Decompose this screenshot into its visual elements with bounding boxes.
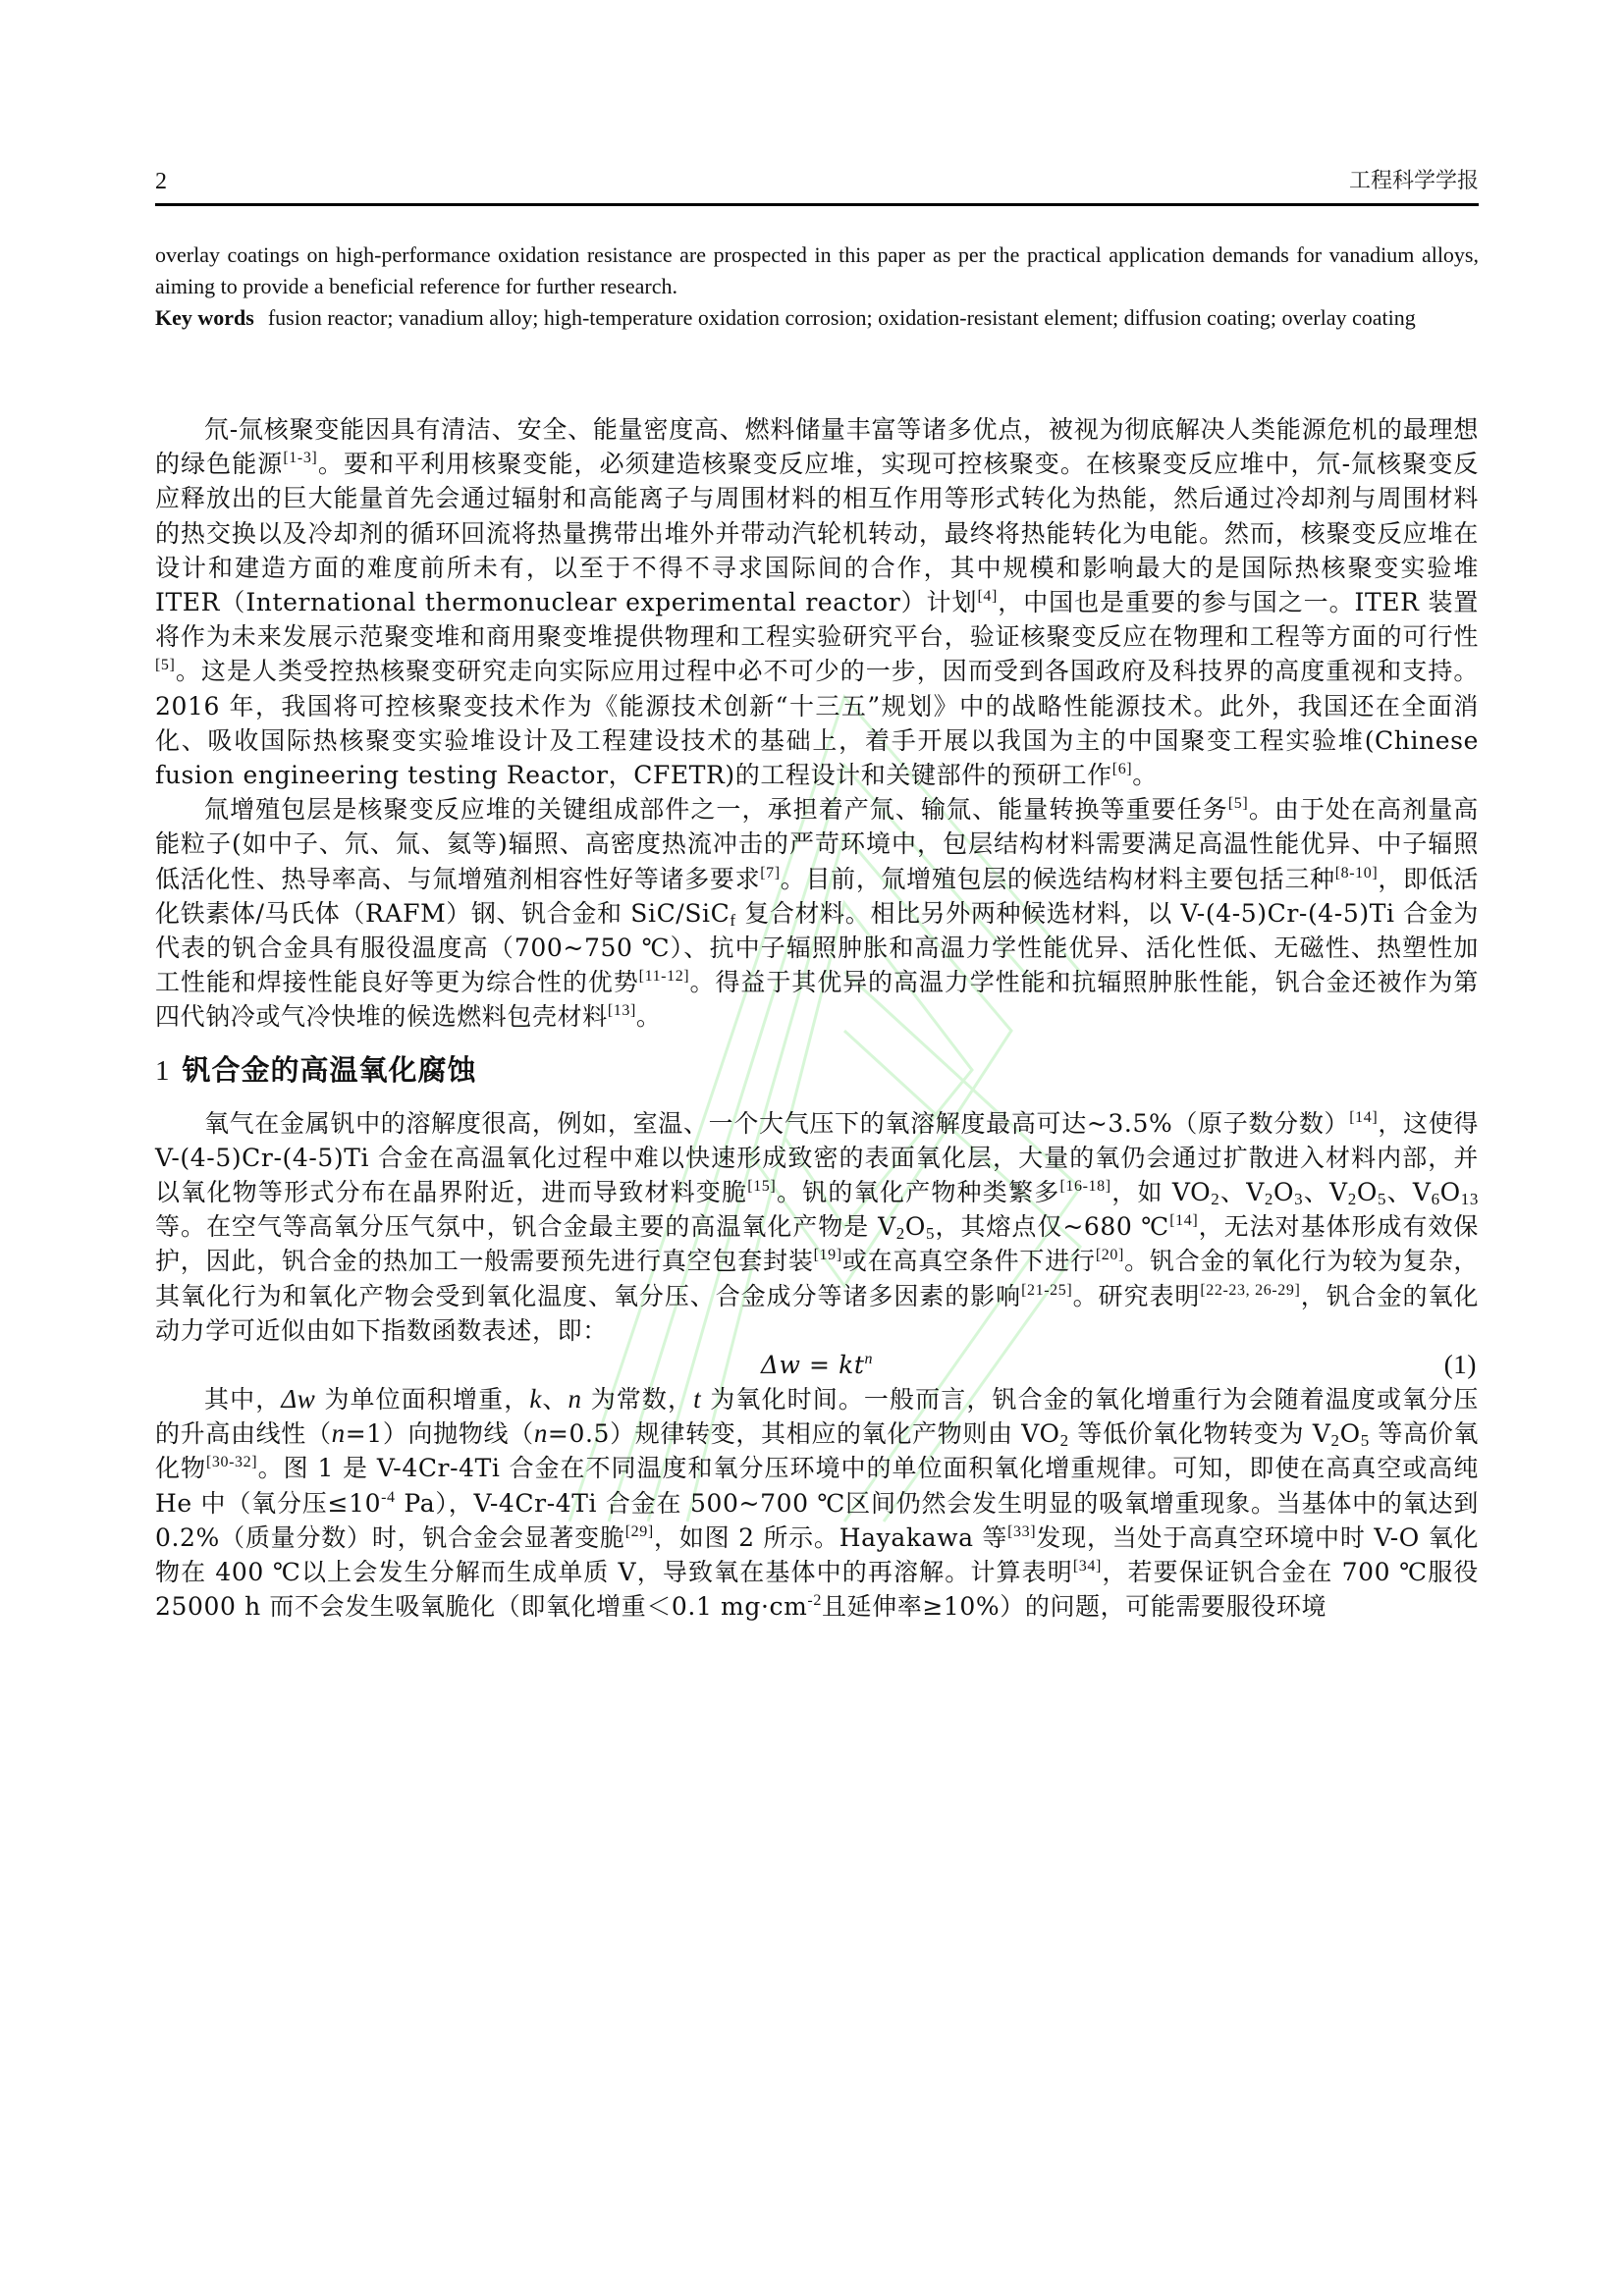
text: 氧气在金属钒中的溶解度很高，例如，室温、一个大气压下的氧溶解度最高可达~3.5%… [204,1109,1349,1138]
equation-number: (1) [1444,1348,1477,1382]
text: O [1273,1178,1294,1206]
variable: Δw [281,1384,315,1414]
subscript: 2 [1330,1431,1339,1450]
text: ，如 VO [1111,1178,1212,1206]
section-heading-1: 1钒合金的高温氧化腐蚀 [155,1048,1479,1093]
superscript: -4 [381,1489,396,1506]
text: 、 [542,1385,568,1414]
text: O [1440,1178,1461,1206]
text: O [905,1212,926,1241]
text: 等。在空气等高氧分压气氛中，钒合金最主要的高温氧化产物是 V [155,1212,896,1241]
variable: n [534,1418,548,1448]
page-number: 2 [155,165,167,198]
text: 。研究表明 [1072,1282,1200,1310]
equation-lhs: Δw = kt [761,1351,865,1379]
english-abstract: overlay coatings on high-performance oxi… [155,240,1479,334]
text: 、V [1219,1178,1265,1206]
citation: [30-32] [206,1454,257,1470]
citation: [29] [625,1523,654,1540]
section-title: 钒合金的高温氧化腐蚀 [183,1053,477,1087]
section1-paragraph-2: 其中，Δw 为单位面积增重，k、n 为常数，t 为氧化时间。一般而言，钒合金的氧… [155,1382,1479,1624]
citation: [5] [155,657,175,673]
citation: [14] [1349,1109,1378,1126]
variable: n [332,1418,346,1448]
citation: [21-25] [1021,1282,1072,1299]
citation: [14] [1169,1212,1198,1229]
citation: [19] [814,1247,842,1263]
subscript: 5 [1361,1431,1370,1450]
text: 且延伸率≥10%）的问题，可能需要服役环境 [822,1592,1326,1621]
citation: [13] [608,1002,636,1019]
equation-1: Δw = ktn (1) [155,1348,1479,1382]
text: 。 [636,1002,662,1031]
text: 。这是人类受控热核聚变研究走向实际应用过程中必不可少的一步，因而受到各国政府及科… [155,657,1479,789]
subscript: 2 [1211,1190,1219,1208]
text: =0.5）规律转变，其相应的氧化产物则由 VO [548,1419,1060,1448]
subscript: 5 [926,1224,935,1243]
header-rule [155,203,1479,206]
citation: [11-12] [639,968,690,985]
section-number: 1 [155,1055,171,1087]
citation: [4] [977,588,997,605]
section1-paragraph-1: 氧气在金属钒中的溶解度很高，例如，室温、一个大气压下的氧溶解度最高可达~3.5%… [155,1106,1479,1348]
text: ，其熔点仅~680 ℃ [935,1212,1169,1241]
citation: [22-23, 26-29] [1200,1282,1300,1299]
subscript: 2 [1348,1190,1357,1208]
keywords-text: fusion reactor; vanadium alloy; high-tem… [268,305,1416,330]
keywords-label: Key words [155,305,254,330]
citation: [34] [1073,1558,1102,1575]
citation: [5] [1228,795,1248,812]
citation: [8-10] [1335,865,1379,881]
text: 为单位面积增重， [315,1385,529,1414]
text: O [1357,1178,1378,1206]
citation: [6] [1112,761,1132,777]
keywords-line: Key wordsfusion reactor; vanadium alloy;… [155,302,1479,334]
equation-expression: Δw = ktn [761,1351,873,1379]
subscript: 2 [896,1224,905,1243]
text: 等低价氧化物转变为 V [1069,1419,1331,1448]
subscript: 6 [1432,1190,1440,1208]
text: ，如图 2 所示。Hayakawa 等 [654,1523,1007,1552]
superscript: -2 [807,1592,822,1609]
subscript: 2 [1060,1431,1069,1450]
citation: [33] [1007,1523,1036,1540]
text: 氚增殖包层是核聚变反应堆的关键组成部件之一，承担着产氚、输氚、能量转换等重要任务 [204,795,1228,824]
citation: [15] [747,1178,776,1195]
citation: [1-3] [283,450,317,466]
subscript: 13 [1461,1190,1479,1208]
variable: k [529,1384,542,1414]
text: 为常数， [582,1385,693,1414]
text: =1）向抛物线（ [346,1419,534,1448]
abstract-continuation: overlay coatings on high-performance oxi… [155,240,1479,302]
subscript: 3 [1294,1190,1303,1208]
journal-name: 工程科学学报 [1349,165,1479,198]
text: 。 [1132,761,1158,789]
intro-paragraph-2: 氚增殖包层是核聚变反应堆的关键组成部件之一，承担着产氚、输氚、能量转换等重要任务… [155,792,1479,1034]
text: 、V [1386,1178,1432,1206]
running-header: 2 工程科学学报 [155,165,1479,198]
text: 。钒的氧化产物种类繁多 [776,1178,1059,1206]
equation-exponent: n [865,1351,874,1367]
text: 其中， [204,1385,281,1414]
subscript: 2 [1265,1190,1273,1208]
text: O [1340,1419,1361,1448]
text: 、V [1303,1178,1348,1206]
intro-paragraph-1: 氘-氚核聚变能因具有清洁、安全、能量密度高、燃料储量丰富等诸多优点，被视为彻底解… [155,412,1479,792]
body-text: 氘-氚核聚变能因具有清洁、安全、能量密度高、燃料储量丰富等诸多优点，被视为彻底解… [155,412,1479,1625]
subscript: 5 [1378,1190,1386,1208]
variable: n [568,1384,582,1414]
text: 。目前，氚增殖包层的候选结构材料主要包括三种 [781,865,1335,893]
citation: [16-18] [1059,1178,1110,1195]
citation: [20] [1096,1247,1124,1263]
citation: [7] [760,865,780,881]
text: 或在高真空条件下进行 [842,1247,1096,1275]
